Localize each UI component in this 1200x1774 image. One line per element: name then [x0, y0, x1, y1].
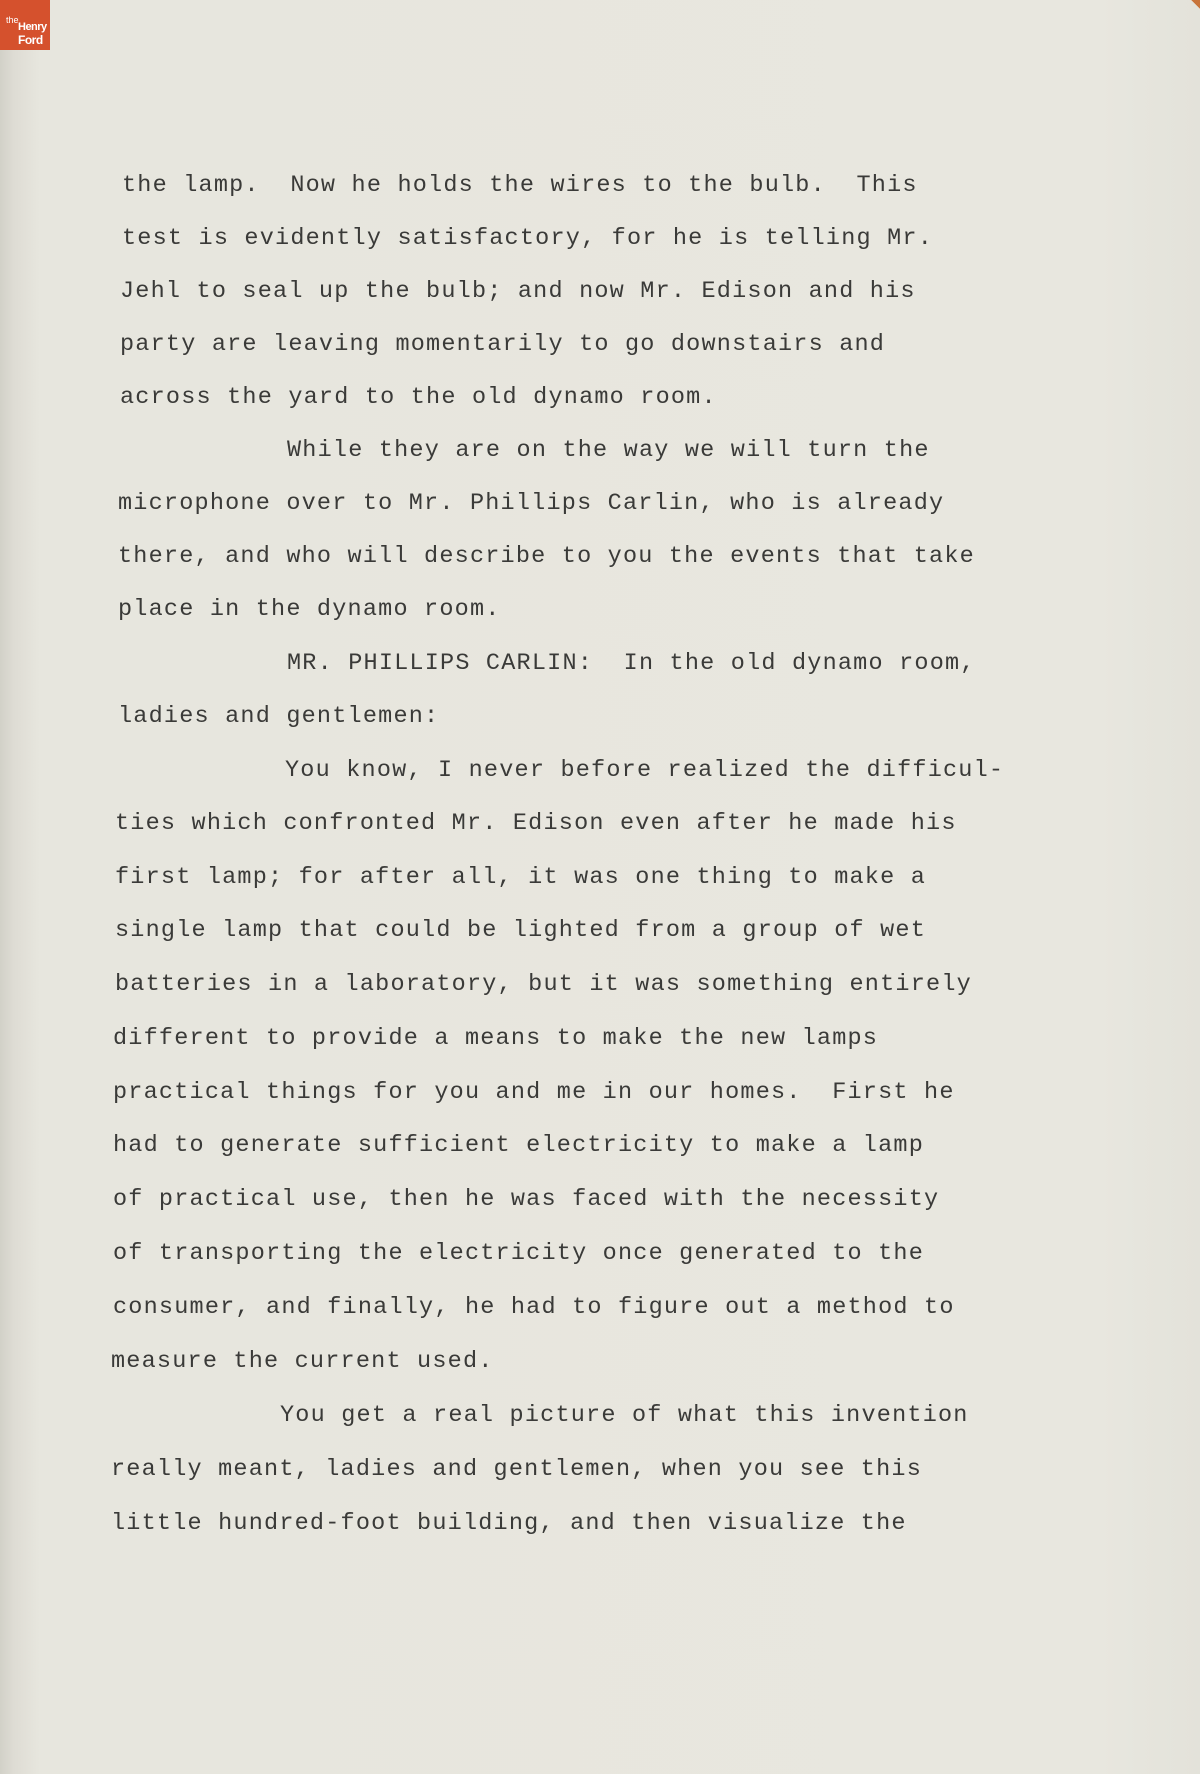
text-line: party are leaving momentarily to go down… — [120, 331, 885, 358]
text-line: While they are on the way we will turn t… — [287, 437, 930, 464]
text-line: ladies and gentlemen: — [118, 703, 439, 730]
text-line: had to generate sufficient electricity t… — [113, 1132, 924, 1159]
text-line: MR. PHILLIPS CARLIN: In the old dynamo r… — [287, 650, 976, 677]
text-line: microphone over to Mr. Phillips Carlin, … — [118, 490, 944, 517]
text-line: place in the dynamo room. — [118, 596, 501, 623]
text-line: first lamp; for after all, it was one th… — [115, 864, 926, 891]
text-line: there, and who will describe to you the … — [118, 543, 975, 570]
henry-ford-logo: the Henry Ford — [0, 0, 50, 50]
logo-ford: Ford — [18, 34, 43, 46]
text-line: You get a real picture of what this inve… — [280, 1402, 969, 1429]
text-line: You know, I never before realized the di… — [285, 757, 1004, 784]
text-line: single lamp that could be lighted from a… — [115, 917, 926, 944]
logo-the: the — [6, 16, 19, 25]
text-line: measure the current used. — [111, 1348, 494, 1375]
text-line: consumer, and finally, he had to figure … — [113, 1294, 955, 1321]
text-line: practical things for you and me in our h… — [113, 1079, 955, 1106]
document-page: the Henry Ford the lamp. Now he holds th… — [0, 0, 1200, 1774]
text-line: little hundred-foot building, and then v… — [111, 1510, 907, 1537]
text-line: really meant, ladies and gentlemen, when… — [111, 1456, 922, 1483]
text-line: of transporting the electricity once gen… — [113, 1240, 924, 1267]
text-line: different to provide a means to make the… — [113, 1025, 878, 1052]
text-line: the lamp. Now he holds the wires to the … — [122, 172, 918, 199]
text-line: ties which confronted Mr. Edison even af… — [115, 810, 957, 837]
text-line: Jehl to seal up the bulb; and now Mr. Ed… — [120, 278, 916, 305]
text-line: across the yard to the old dynamo room. — [120, 384, 717, 411]
logo-henry: Henry — [18, 22, 47, 33]
text-line: batteries in a laboratory, but it was so… — [115, 971, 972, 998]
page-corner-mark — [1190, 0, 1200, 12]
text-line: of practical use, then he was faced with… — [113, 1186, 939, 1213]
text-line: test is evidently satisfactory, for he i… — [122, 225, 933, 252]
